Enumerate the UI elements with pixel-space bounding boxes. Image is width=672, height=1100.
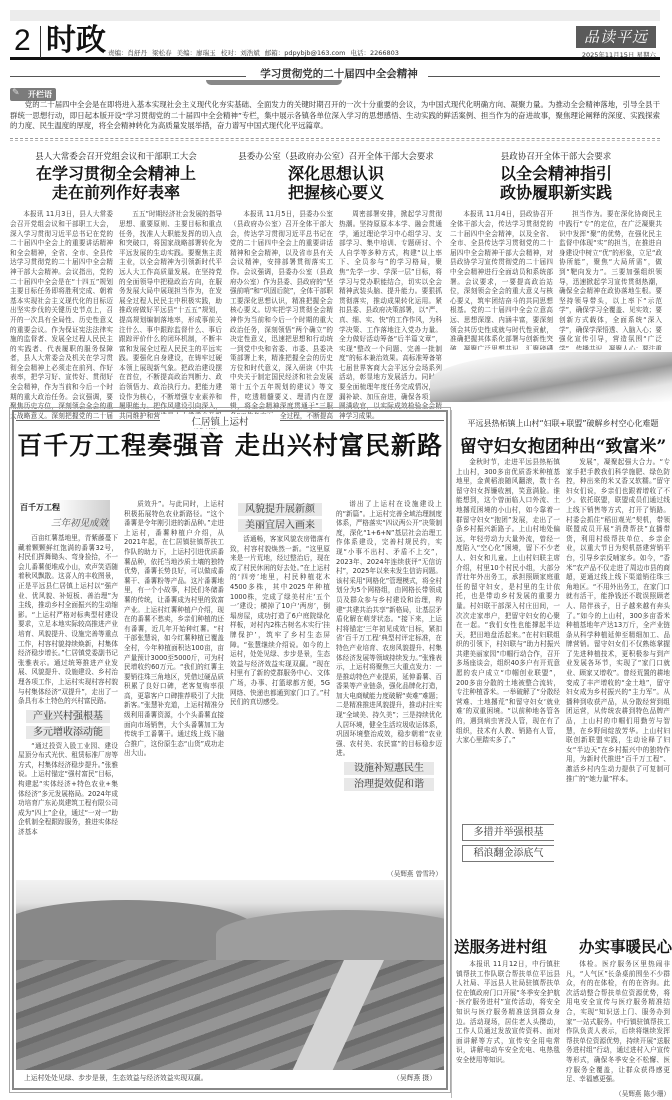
article-zhengxie: 县政协召开全体干部大会要求 以全会精神指引 政协履职新实践 本报讯 11月4日，… [450,150,662,360]
feature-headline: 百千万工程奏强音 走出兴村富民新路 [14,426,446,462]
column-banner-title: 学习贯彻党的二十届四中全会精神 [256,66,422,81]
article-column: 本报讯 11月4日，县政协召开全体干部大会，传达学习贯彻党的二十届四中全会精神，… [450,210,553,350]
pen-icon: ✎ [12,88,20,98]
feature-location-title: 仁居镇上运村 [160,414,280,428]
feature-subhead: 多元增收添动能 [26,726,110,739]
feature-subhead: 美丽宜居入画来 [238,519,322,532]
masthead: 2 时政 责编：肖舒丹 梁松春 美编：廖瑞玉 校对：刘浩斌 邮箱：pdpybjb… [10,22,660,60]
newspaper-brand-logo: 品读平远 [576,26,656,48]
column-intro-tag-label: 开栏语 [28,90,52,99]
dashed-divider [10,138,660,141]
page-number: 2 [14,26,31,56]
column-banner: 学习贯彻党的二十届四中全会精神 [10,66,660,84]
column-intro-text: 党的二十届四中全会是在即将进入基本实现社会主义现代化夯实基础、全面发力的关键时期… [10,100,660,132]
feature-column-2: 质效升”。与此同时，上运村积极拓展特色农业新路径。“这个番薯是令年刚引进的新品种… [124,500,224,876]
article-kicker: 县人大常委会召开党组会议和干部职工大会 [10,150,222,162]
article-headline-line2: 把握核心要义 [230,183,442,202]
article-kicker: 平远县热柘镇上山村“妇联+联盟”破解乡村空心化难题 [454,418,672,429]
column-divider [451,410,452,1098]
article-column: 周密部署安排，掀起学习贯彻热潮。坚持原原本本学、融会贯通学，通过理论学习中心组学… [339,210,442,420]
bottom-article-column-2: 体检。医疗服务区里热闹非凡，“人气区”长条桌前围坐不少群众，有的在体检，有的在咨… [566,960,670,1088]
article-headline-line2: 政协履职新实践 [450,183,662,202]
article-column: 本报讯 11月5日，县委办公室（县政府办公室）召开全体干部大会，传达学习贯彻习近… [230,210,333,420]
bottom-article-column-1: 本报讯 11月12日，中行镇驻镇帮扶工作队联合帮扶单位平远县人社局、平远县人社局… [456,960,560,1096]
divider [428,76,660,77]
editor-credits: 责编：肖舒丹 梁松春 美编：廖瑞玉 校对：刘浩斌 邮箱：pdpybjb@163.… [108,48,399,57]
article-headline-line2: 走在前列作好表率 [10,183,222,202]
feature-side-label: 百千万工程 三年初见成效 [18,500,110,530]
right-article-subheads: 多措并举强根基 稻浪翻金添底气 [456,820,560,866]
article-xianweiban: 县委办公室（县政府办公室）召开全体干部大会要求 深化思想认识 把握核心要义 本报… [230,150,442,420]
article-subhead: 多措并举强根基 [462,824,554,841]
top-band [10,10,660,21]
article-renda: 县人大常委会召开党组会议和干部职工大会 在学习贯彻全会精神上 走在前列作好表率 … [10,150,222,430]
feature-subhead: 产业兴村强根基 [26,710,110,723]
village-aerial-photo [16,880,444,1070]
issue-date: 2025年11月15日 星期六 [582,50,656,59]
banner-ribbon-decoration [206,80,342,85]
right-article-column-2: 发展”，凝聚起强大合力。“专家手把手教我们科学施肥、绿色防控，种出来的米又香又软… [566,458,670,924]
article-subhead: 稻浪翻金添底气 [462,845,554,862]
article-headline: 留守妇女抱团种出“致富米” [454,432,672,457]
feature-subhead: 风貌提升展新颜 [238,503,322,516]
feature-column-4: 谱出了上运村在设施建设上的“新篇”。上运村完善全域治理制度体系，严格落实“四议两… [336,500,442,876]
feature-column-3: 风貌提升展新颜 美丽宜居入画来 活通畅，客家风貌农房错落有致，村容村貌焕然一新。… [230,500,330,876]
article-kicker: 县政协召开全体干部大会要求 [450,150,662,162]
feature-subhead: 设施补短惠民生 [344,762,434,775]
divider [276,420,444,421]
page-number-divider [40,26,41,58]
article-headline-line1: 深化思想认识 [230,164,442,183]
article-column: 五五”时期经济社会发展的指导思想、重要原则、主要目标和重点任务，找准人大职能发挥… [119,210,222,420]
article-headline-line1: 在学习贯彻全会精神上 [10,164,222,183]
photo-caption: 上运村处处见绿、步步是景，生态效益与经济效益实现双赢。 （吴辉燕 摄） [24,1072,436,1082]
article-kicker: 县委办公室（县政府办公室）召开全体干部大会要求 [230,150,442,162]
section-title: 时政 [46,24,106,58]
article-column: 本报讯 11月3日，县人大常委会召开党组会议和干部职工大会，深入学习贯彻习近平总… [10,210,113,420]
feature-column-1: 百亩红薯基地里，青紫藤蔓下藏着颗颗鲜红饱满的番薯32号，村民们挥舞锄头、弯身捡拾… [18,534,118,876]
divider [16,420,166,421]
feature-subhead: 治理提效促和谐 [344,778,434,791]
article-byline: （吴辉燕 曾雪玲） [336,868,442,878]
article-byline: （吴辉燕 陈少珊） [566,1088,670,1098]
article-headline-line1: 以全会精神指引 [450,164,662,183]
divider [10,76,246,77]
article-column: 担当作为。要在深化协商民主中践行“专”的定位，在广泛凝聚共识中发挥“聚”的优势，… [559,210,662,350]
article-headline: 送服务进村组 办实事暖民心 [454,935,672,957]
